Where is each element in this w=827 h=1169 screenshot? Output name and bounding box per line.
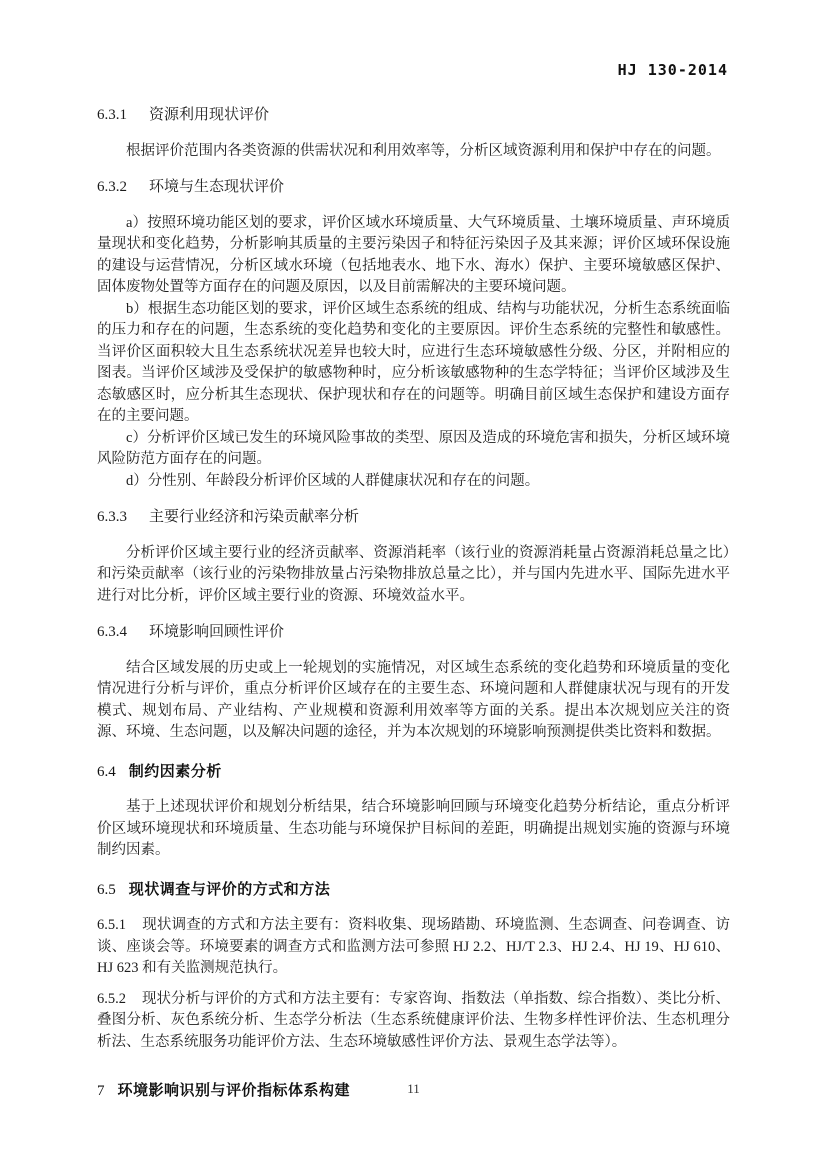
document-body: 6.3.1资源利用现状评价 根据评价范围内各类资源的供需状况和利用效率等，分析区…: [97, 90, 730, 1117]
section-title: 环境影响回顾性评价: [149, 624, 284, 640]
document-page: HJ 130-2014 6.3.1资源利用现状评价 根据评价范围内各类资源的供需…: [0, 0, 827, 1169]
section-title: 资源利用现状评价: [149, 107, 269, 123]
section-number: 6.5: [97, 882, 116, 898]
paragraph-text: 现状调查的方式和方法主要有：资料收集、现场踏勘、环境监测、生态调查、问卷调查、访…: [97, 917, 730, 976]
section-number: 6.3.3: [97, 509, 127, 525]
numbered-paragraph-6-5-2: 6.5.2现状分析与评价的方式和方法主要有：专家咨询、指数法（单指数、综合指数）…: [97, 989, 730, 1054]
section-heading-6-4: 6.4制约因素分析: [97, 761, 730, 784]
section-heading-6-3-2: 6.3.2环境与生态现状评价: [97, 177, 730, 199]
standard-number-header: HJ 130-2014: [618, 61, 728, 79]
paragraph-item-a: a）按照环境功能区划的要求，评价区域水环境质量、大气环境质量、土壤环境质量、声环…: [97, 213, 730, 299]
section-number: 6.3.4: [97, 624, 127, 640]
paragraph: 根据评价范围内各类资源的供需状况和利用效率等，分析区域资源利用和保护中存在的问题…: [97, 141, 730, 163]
section-title: 制约因素分析: [129, 763, 222, 780]
paragraph-number: 6.5.1: [97, 917, 126, 933]
paragraph-item-c: c）分析评价区域已发生的环境风险事故的类型、原因及造成的环境危害和损失，分析区域…: [97, 428, 730, 471]
section-number: 6.3.2: [97, 179, 127, 195]
paragraph-text: 现状分析与评价的方式和方法主要有：专家咨询、指数法（单指数、综合指数）、类比分析…: [97, 991, 730, 1050]
section-title: 主要行业经济和污染贡献率分析: [149, 509, 359, 525]
paragraph: 结合区域发展的历史或上一轮规划的实施情况，对区域生态系统的变化趋势和环境质量的变…: [97, 658, 730, 744]
section-heading-6-3-4: 6.3.4环境影响回顾性评价: [97, 622, 730, 644]
page-number: 11: [0, 1081, 827, 1097]
section-title: 现状调查与评价的方式和方法: [129, 881, 331, 898]
paragraph-number: 6.5.2: [97, 991, 126, 1007]
paragraph-item-b: b）根据生态功能区划的要求，评价区域生态系统的组成、结构与功能状况，分析生态系统…: [97, 299, 730, 428]
section-heading-6-5: 6.5现状调查与评价的方式和方法: [97, 879, 730, 902]
section-number: 6.4: [97, 764, 116, 780]
section-heading-6-3-1: 6.3.1资源利用现状评价: [97, 105, 730, 127]
paragraph-item-d: d）分性别、年龄段分析评价区域的人群健康状况和存在的问题。: [97, 471, 730, 493]
section-title: 环境与生态现状评价: [149, 179, 284, 195]
section-heading-6-3-3: 6.3.3主要行业经济和污染贡献率分析: [97, 507, 730, 529]
numbered-paragraph-6-5-1: 6.5.1现状调查的方式和方法主要有：资料收集、现场踏勘、环境监测、生态调查、问…: [97, 915, 730, 980]
section-number: 6.3.1: [97, 107, 127, 123]
paragraph: 基于上述现状评价和规划分析结果，结合环境影响回顾与环境变化趋势分析结论，重点分析…: [97, 797, 730, 862]
paragraph: 分析评价区域主要行业的经济贡献率、资源消耗率（该行业的资源消耗量占资源消耗总量之…: [97, 543, 730, 608]
